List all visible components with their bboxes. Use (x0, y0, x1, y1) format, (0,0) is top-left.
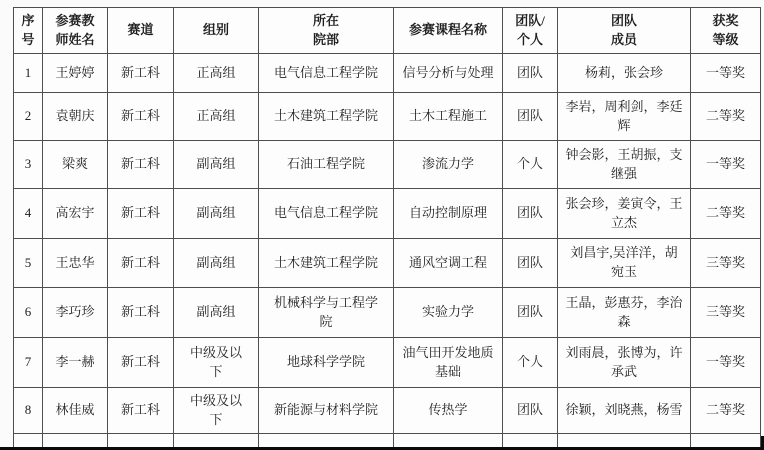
cell-group: 正高组 (174, 93, 259, 141)
cell-team-or-individual: 团队 (503, 239, 558, 288)
table-row: 5 王忠华 新工科 副高组 土木建筑工程学院 通风空调工程 团队 刘昌宇,吴洋洋… (14, 239, 761, 288)
column-header-seq: 序 号 (14, 8, 43, 54)
cell-group: 正高组 (174, 54, 259, 93)
cell-award: 一等奖 (691, 54, 761, 93)
column-header-team-or-individual: 团队/ 个人 (503, 8, 558, 54)
cell-department: 土木建筑工程学院 (259, 239, 394, 288)
cell-group: 副高组 (174, 189, 259, 239)
cell-teacher: 高宏宇 (43, 189, 108, 239)
cell-members: 钟会影，王胡振，支 继强 (558, 141, 691, 189)
cell-award: 一等奖 (691, 338, 761, 388)
cell-course: 自动控制原理 (394, 189, 503, 239)
cell-group: 副高组 (174, 239, 259, 288)
cell-track: 新工科 (108, 141, 174, 189)
column-header-course: 参赛课程名称 (394, 8, 503, 54)
cell-members: 李岩，周利剑，李廷 辉 (558, 93, 691, 141)
cell-track: 新工科 (108, 93, 174, 141)
cell-course: 实验力学 (394, 288, 503, 338)
cell-track: 新工科 (108, 239, 174, 288)
cell-teacher: 林佳威 (43, 388, 108, 434)
table-row: 6 李巧珍 新工科 副高组 机械科学与工程学 院 实验力学 团队 王晶，彭惠芬，… (14, 288, 761, 338)
cell-department: 机械科学与工程学 院 (259, 288, 394, 338)
cell-seq: 6 (14, 288, 43, 338)
cell-course: 通风空调工程 (394, 239, 503, 288)
cell-department: 石油工程学院 (259, 141, 394, 189)
table-row: 2 袁朝庆 新工科 正高组 土木建筑工程学院 土木工程施工 团队 李岩，周利剑，… (14, 93, 761, 141)
cell-members: 张会珍，姜寅令，王 立杰 (558, 189, 691, 239)
cell-track: 新工科 (108, 338, 174, 388)
cell-award: 二等奖 (691, 93, 761, 141)
cell-team-or-individual: 个人 (503, 141, 558, 189)
cell-track: 新工科 (108, 54, 174, 93)
cell-department: 地球科学学院 (259, 338, 394, 388)
cell-members: 徐颖，刘晓燕，杨雪 (558, 388, 691, 434)
column-header-teacher: 参赛教 师姓名 (43, 8, 108, 54)
cell-team-or-individual: 团队 (503, 54, 558, 93)
table-row: 1 王婷婷 新工科 正高组 电气信息工程学院 信号分析与处理 团队 杨莉，张会珍… (14, 54, 761, 93)
cell-seq: 7 (14, 338, 43, 388)
cell-department: 电气信息工程学院 (259, 54, 394, 93)
cell-department: 电气信息工程学院 (259, 189, 394, 239)
cell-group: 副高组 (174, 141, 259, 189)
cell-team-or-individual: 团队 (503, 388, 558, 434)
cell-group: 中级及以 下 (174, 338, 259, 388)
cell-seq: 3 (14, 141, 43, 189)
cell-group: 副高组 (174, 288, 259, 338)
cell-members: 刘昌宇,吴洋洋，胡 宛玉 (558, 239, 691, 288)
cell-teacher: 李一赫 (43, 338, 108, 388)
table-row: 4 高宏宇 新工科 副高组 电气信息工程学院 自动控制原理 团队 张会珍，姜寅令… (14, 189, 761, 239)
award-table: 序 号 参赛教 师姓名 赛道 组别 所在 院部 参赛课程名称 团队/ 个人 团队… (13, 7, 761, 450)
cell-teacher: 袁朝庆 (43, 93, 108, 141)
column-header-group: 组别 (174, 8, 259, 54)
cell-seq: 4 (14, 189, 43, 239)
cell-teacher: 王婷婷 (43, 54, 108, 93)
cell-track: 新工科 (108, 288, 174, 338)
cell-course: 土木工程施工 (394, 93, 503, 141)
cell-award: 三等奖 (691, 239, 761, 288)
table-row: 8 林佳威 新工科 中级及以 下 新能源与材料学院 传热学 团队 徐颖，刘晓燕，… (14, 388, 761, 434)
cell-course: 信号分析与处理 (394, 54, 503, 93)
cell-award: 三等奖 (691, 288, 761, 338)
cell-team-or-individual: 团队 (503, 189, 558, 239)
cell-course: 油气田开发地质 基础 (394, 338, 503, 388)
cell-teacher: 王忠华 (43, 239, 108, 288)
cell-teacher: 李巧珍 (43, 288, 108, 338)
cell-members: 杨莉，张会珍 (558, 54, 691, 93)
cell-course: 传热学 (394, 388, 503, 434)
table-row: 3 梁爽 新工科 副高组 石油工程学院 渗流力学 个人 钟会影，王胡振，支 继强… (14, 141, 761, 189)
cell-team-or-individual: 团队 (503, 93, 558, 141)
cell-seq: 5 (14, 239, 43, 288)
cell-track: 新工科 (108, 189, 174, 239)
cell-award: 一等奖 (691, 141, 761, 189)
column-header-department: 所在 院部 (259, 8, 394, 54)
cell-department: 土木建筑工程学院 (259, 93, 394, 141)
cell-seq: 8 (14, 388, 43, 434)
cell-members: 王晶，彭惠芬，李治 森 (558, 288, 691, 338)
cell-seq: 1 (14, 54, 43, 93)
table-header-row: 序 号 参赛教 师姓名 赛道 组别 所在 院部 参赛课程名称 团队/ 个人 团队… (14, 8, 761, 54)
cell-course: 渗流力学 (394, 141, 503, 189)
cell-department: 新能源与材料学院 (259, 388, 394, 434)
document-page: 序 号 参赛教 师姓名 赛道 组别 所在 院部 参赛课程名称 团队/ 个人 团队… (0, 0, 764, 450)
cell-members: 刘雨晨，张博为，许 承武 (558, 338, 691, 388)
cell-seq: 2 (14, 93, 43, 141)
cell-award: 二等奖 (691, 189, 761, 239)
cell-team-or-individual: 个人 (503, 338, 558, 388)
column-header-members: 团队 成员 (558, 8, 691, 54)
column-header-track: 赛道 (108, 8, 174, 54)
cell-teacher: 梁爽 (43, 141, 108, 189)
cell-award: 二等奖 (691, 388, 761, 434)
table-row: 7 李一赫 新工科 中级及以 下 地球科学学院 油气田开发地质 基础 个人 刘雨… (14, 338, 761, 388)
cell-group: 中级及以 下 (174, 388, 259, 434)
cell-team-or-individual: 团队 (503, 288, 558, 338)
column-header-award: 获奖 等级 (691, 8, 761, 54)
cell-track: 新工科 (108, 388, 174, 434)
